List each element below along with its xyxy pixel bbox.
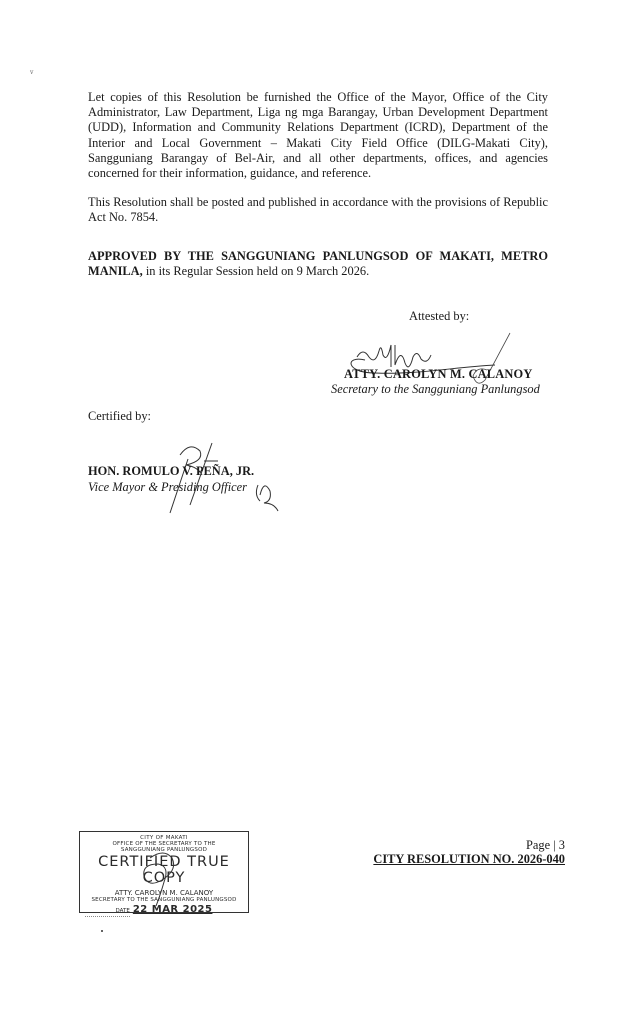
approval-session: in its Regular Session held on 9 March 2… <box>143 264 369 278</box>
publish-paragraph: This Resolution shall be posted and publ… <box>88 195 548 225</box>
stamp-signature-icon <box>130 840 190 910</box>
stray-dot <box>101 930 103 932</box>
approval-paragraph: APPROVED BY THE SANGGUNIANG PANLUNGSOD O… <box>88 249 548 279</box>
certifier-name: HON. ROMULO V. PEÑA, JR. <box>88 464 254 479</box>
stamp-date-label: DATE <box>116 908 130 914</box>
corner-mark: v <box>30 69 33 76</box>
stamp-underline-mark <box>85 916 130 918</box>
document-page: v Let copies of this Resolution be furni… <box>0 0 621 1024</box>
attestor-name: ATTY. CAROLYN M. CALANOY <box>344 367 533 382</box>
certifier-title: Vice Mayor & Presiding Officer <box>88 480 247 495</box>
resolution-number: CITY RESOLUTION NO. 2026-040 <box>373 852 565 867</box>
attested-label: Attested by: <box>409 309 469 324</box>
certified-label: Certified by: <box>88 409 151 424</box>
furnish-paragraph: Let copies of this Resolution be furnish… <box>88 90 548 181</box>
page-number: Page | 3 <box>526 838 565 853</box>
attestor-title: Secretary to the Sangguniang Panlungsod <box>331 382 540 397</box>
